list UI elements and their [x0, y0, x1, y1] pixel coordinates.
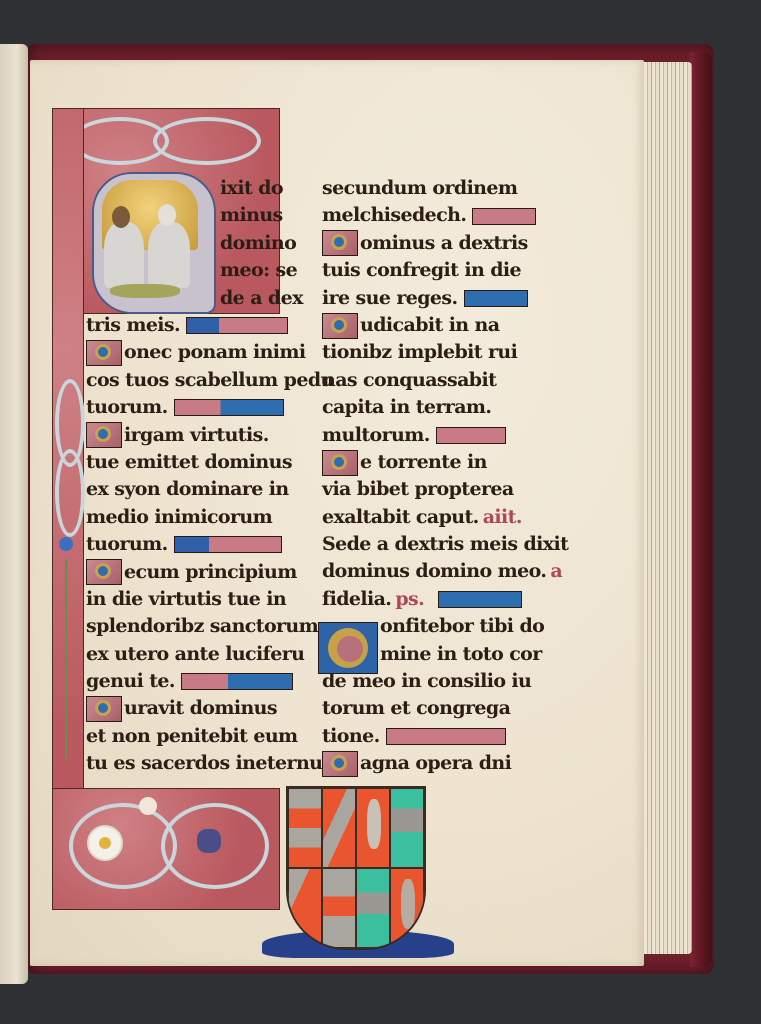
line-filler: [438, 591, 522, 608]
rubric-antiphon: aiit.: [483, 504, 522, 531]
line-filler: [464, 290, 528, 307]
decorated-initial-T: [86, 559, 122, 585]
text-line: nas conquassabit: [322, 367, 568, 394]
text-line: Sede a dextris meis dixit: [322, 531, 568, 558]
text-line: dominus domino meo.: [322, 558, 546, 585]
text-line: tuis confregit in die: [322, 257, 568, 284]
line-filler: [436, 427, 506, 444]
line-filler: [174, 399, 284, 416]
decorated-initial-D: [322, 450, 358, 476]
text-line: tuorum.: [86, 531, 168, 558]
text-line: uravit dominus: [124, 695, 277, 722]
christ-head: [112, 206, 130, 228]
page-fore-edge: [640, 62, 692, 954]
text-line: et non penitebit eum: [86, 723, 334, 750]
text-column-left: tris meis. onec ponam inimi cos tuos sca…: [86, 312, 334, 778]
line-filler: [472, 208, 536, 225]
text-line: minus: [220, 202, 303, 229]
quarter-chevron: [356, 868, 390, 948]
quarter-lion-rampant: [356, 788, 390, 868]
text-line: onec ponam inimi: [124, 339, 306, 366]
coat-of-arms-shield: [286, 786, 426, 950]
blue-flower-icon: [59, 537, 73, 551]
facing-left-page-edge: [0, 44, 28, 984]
text-line: genui te.: [86, 668, 175, 695]
text-line: de a dex: [220, 285, 303, 312]
quarter-lion-rampant: [390, 868, 424, 948]
text-line: capita in terram.: [322, 394, 568, 421]
text-line: tris meis.: [86, 312, 180, 339]
text-line: e torrente in: [360, 449, 487, 476]
text-line: meo: se: [220, 257, 303, 284]
text-line: tione.: [322, 723, 380, 750]
text-line: irgam virtutis.: [124, 422, 269, 449]
text-column-right: secundum ordinem melchisedech. ominus a …: [322, 175, 568, 778]
text-line: tu es sacerdos ineternu: [86, 750, 334, 777]
decorated-initial-V: [86, 422, 122, 448]
text-line: ixit do: [220, 175, 303, 202]
text-line: agna opera dni: [360, 750, 511, 777]
text-line: via bibet propterea: [322, 476, 568, 503]
decorated-initial-I: [86, 696, 122, 722]
binding-edge: [690, 52, 712, 967]
text-line: in die virtutis tue in: [86, 586, 334, 613]
decorated-initial-M: [322, 751, 358, 777]
line-filler: [386, 728, 506, 745]
text-line: domino: [220, 230, 303, 257]
quarter-bend: [288, 868, 322, 948]
text-line: multorum.: [322, 422, 430, 449]
text-line: tue emittet dominus: [86, 449, 334, 476]
god-the-father-head: [158, 204, 176, 226]
initial-rose-core: [337, 636, 363, 662]
text-line: cos tuos scabellum pedu: [86, 367, 334, 394]
text-column-left-top: ixit do minus domino meo: se de a dex: [220, 175, 303, 312]
line-filler: [186, 317, 288, 334]
quarter-chevron: [390, 788, 424, 868]
text-line: exaltabit caput.: [322, 504, 479, 531]
text-line: tionibz implebit rui: [322, 339, 568, 366]
text-line: ecum principium: [124, 559, 297, 586]
text-line: melchisedech.: [322, 202, 466, 229]
quarter-bars-roundels: [288, 788, 322, 868]
violet-flower-icon: [197, 829, 221, 853]
text-line: ominus a dextris: [360, 230, 528, 257]
decorated-initial-I: [322, 313, 358, 339]
dragon-icon: [110, 284, 180, 298]
text-line: ex syon dominare in: [86, 476, 334, 503]
daisy-icon: [87, 825, 123, 861]
text-line: medio inimicorum: [86, 504, 334, 531]
line-filler: [174, 536, 282, 553]
acanthus-vine: [55, 449, 85, 537]
god-the-father-figure: [148, 222, 190, 288]
decorated-initial-D: [322, 230, 358, 256]
text-line: fidelia.: [322, 586, 391, 613]
rose-flower-icon: [139, 797, 157, 815]
decorated-border-bottom: [52, 788, 280, 910]
line-filler: [181, 673, 293, 690]
rubric-a: a: [550, 558, 562, 585]
text-line: tuorum.: [86, 394, 168, 421]
text-line: secundum ordinem: [322, 175, 568, 202]
text-line: ex utero ante luciferu: [86, 641, 334, 668]
quarter-bend: [322, 788, 356, 868]
acanthus-vine: [153, 117, 261, 165]
text-line: splendoribz sanctorum: [86, 613, 334, 640]
text-line: udicabit in na: [360, 312, 499, 339]
stem: [65, 559, 67, 759]
quarter-bars-roundels: [322, 868, 356, 948]
decorated-initial-D: [86, 340, 122, 366]
text-line: torum et congrega: [322, 695, 568, 722]
text-line: ire sue reges.: [322, 285, 458, 312]
rubric-psalm: ps.: [395, 586, 424, 613]
christ-figure: [104, 222, 144, 288]
